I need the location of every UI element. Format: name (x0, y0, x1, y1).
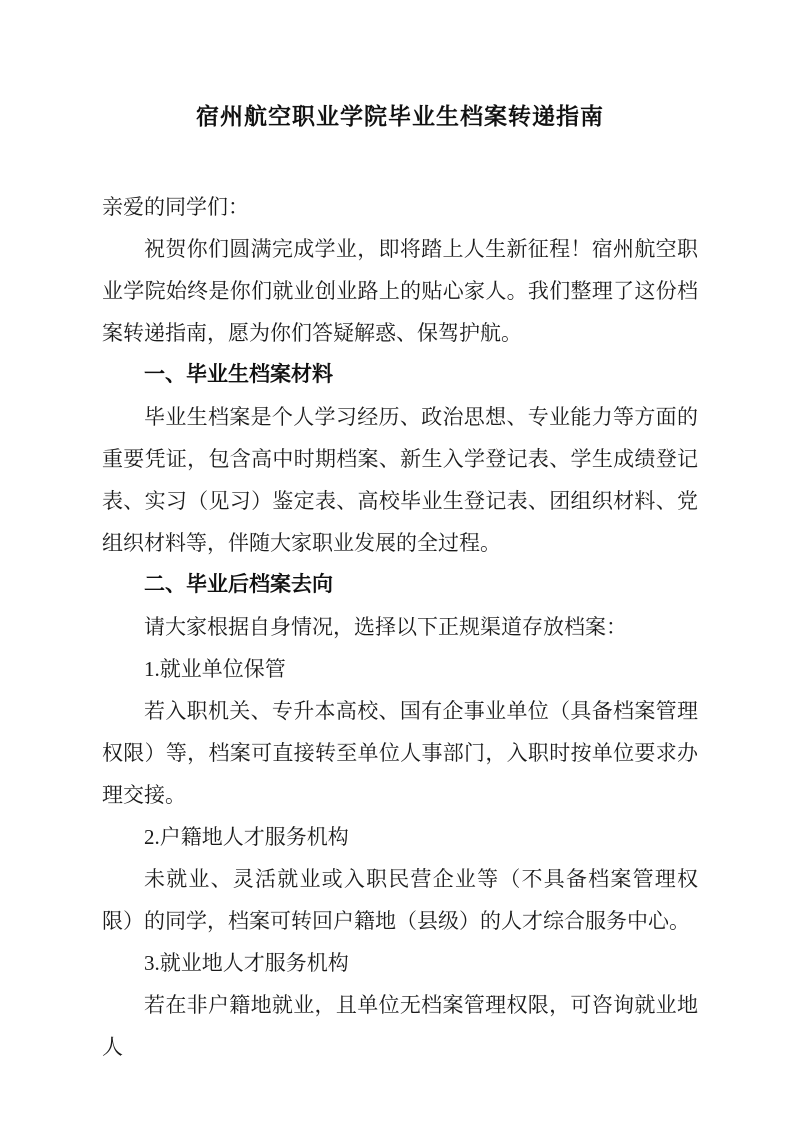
salutation: 亲爱的同学们： (102, 186, 698, 228)
document-title: 宿州航空职业学院毕业生档案转递指南 (102, 96, 698, 136)
intro-paragraph: 祝贺你们圆满完成学业，即将踏上人生新征程！宿州航空职业学院始终是你们就业创业路上… (102, 228, 698, 354)
option-2-label: 2.户籍地人才服务机构 (102, 816, 698, 858)
section-2-heading: 二、毕业后档案去向 (102, 564, 698, 606)
section-1-heading: 一、毕业生档案材料 (102, 354, 698, 396)
section-1-paragraph: 毕业生档案是个人学习经历、政治思想、专业能力等方面的重要凭证，包含高中时期档案、… (102, 396, 698, 564)
option-3-body: 若在非户籍地就业，且单位无档案管理权限，可咨询就业地人 (102, 984, 698, 1068)
option-1-label: 1.就业单位保管 (102, 648, 698, 690)
document-page: 宿州航空职业学院毕业生档案转递指南 亲爱的同学们： 祝贺你们圆满完成学业，即将踏… (0, 0, 793, 1122)
section-2-intro: 请大家根据自身情况，选择以下正规渠道存放档案： (102, 606, 698, 648)
option-2-body: 未就业、灵活就业或入职民营企业等（不具备档案管理权限）的同学，档案可转回户籍地（… (102, 858, 698, 942)
option-1-body: 若入职机关、专升本高校、国有企事业单位（具备档案管理权限）等，档案可直接转至单位… (102, 690, 698, 816)
option-3-label: 3.就业地人才服务机构 (102, 942, 698, 984)
